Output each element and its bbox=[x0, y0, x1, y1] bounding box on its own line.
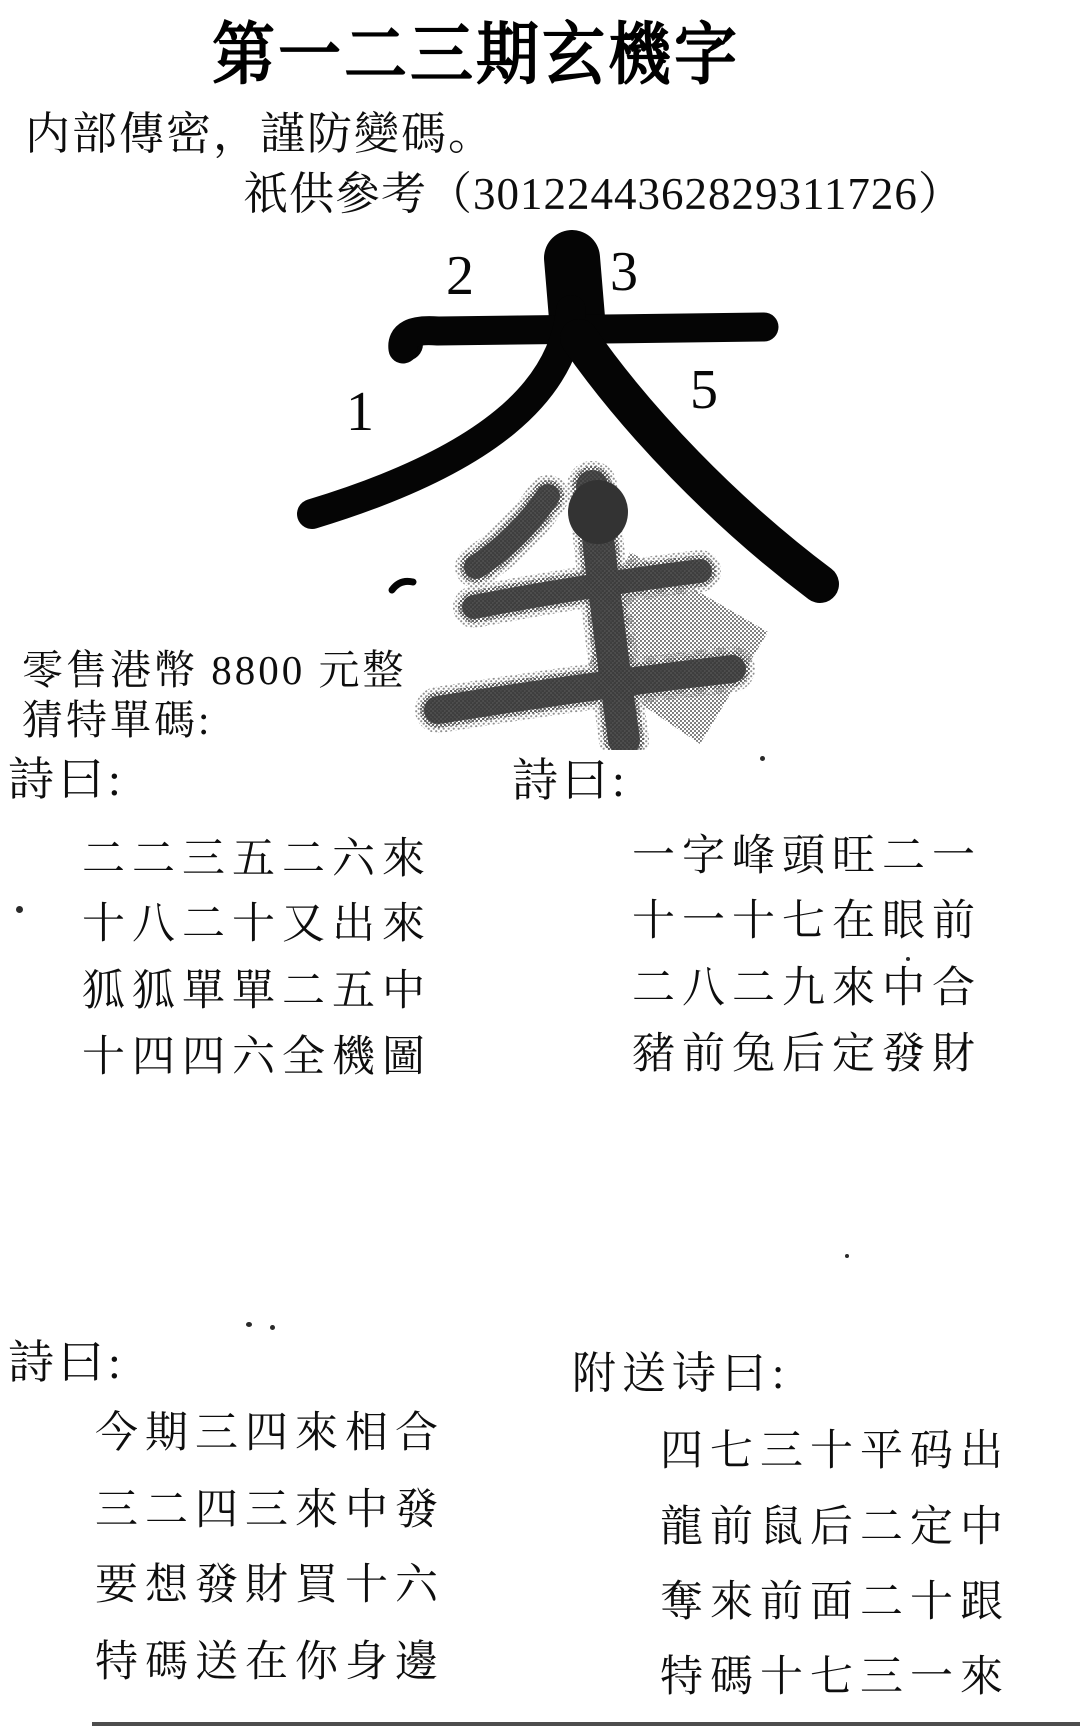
poem-line: 三二四三來中發 bbox=[95, 1489, 445, 1532]
poem-line: 要想發財買十六 bbox=[95, 1564, 445, 1607]
scan-edge-line bbox=[92, 1722, 1080, 1726]
stroke-label-1: 1 bbox=[346, 384, 374, 440]
poem-line: 二八二九來中合 bbox=[632, 967, 982, 1010]
poem-line: 特碼送在你身邊 bbox=[95, 1641, 445, 1684]
poem-line: 十四四六全機圖 bbox=[82, 1036, 432, 1079]
poem-line: 豬前兔后定發財 bbox=[632, 1033, 982, 1076]
stroke-label-2: 2 bbox=[446, 248, 474, 304]
poem-header-top-left: 詩曰: bbox=[8, 757, 125, 803]
guess-special-line: 猜特單碼: bbox=[22, 700, 212, 741]
price-line: 零售港幣 8800 元整 bbox=[22, 650, 407, 691]
poem-line: 狐狐單單二五中 bbox=[82, 970, 432, 1013]
poem-line: 十八二十又出來 bbox=[82, 903, 432, 946]
scan-speck bbox=[906, 957, 910, 961]
scan-speck bbox=[16, 906, 23, 913]
stroke-label-3: 3 bbox=[610, 244, 638, 300]
page-title: 第一二三期玄機字 bbox=[212, 22, 740, 90]
scan-speck bbox=[845, 1254, 849, 1258]
tick-mark bbox=[392, 581, 413, 590]
notice-line: 内部傳密，謹防變碼。 bbox=[25, 112, 495, 157]
stroke-label-5: 5 bbox=[690, 362, 718, 418]
poem-line: 四七三十平码出 bbox=[660, 1430, 1010, 1473]
poem-line: 奪來前面二十跟 bbox=[660, 1581, 1010, 1624]
poem-line: 十一十七在眼前 bbox=[632, 900, 982, 943]
scan-speck bbox=[760, 756, 765, 761]
poem-line: 龍前鼠后二定中 bbox=[660, 1506, 1010, 1549]
poem-line: 二二三五二六來 bbox=[82, 838, 432, 881]
scan-speck bbox=[270, 1325, 275, 1330]
poem-line: 今期三四來相合 bbox=[95, 1412, 445, 1455]
reference-line: 祇供參考（3012244362829311726） bbox=[243, 172, 964, 217]
main-character-da bbox=[312, 258, 820, 590]
poem-header-bottom-left: 詩曰: bbox=[8, 1340, 125, 1386]
poem-line: 一字峰頭旺二一 bbox=[632, 835, 982, 878]
poem-header-bottom-right: 附送诗曰: bbox=[572, 1352, 790, 1396]
poem-line: 特碼十七三一來 bbox=[660, 1656, 1010, 1699]
poem-header-top-right: 詩曰: bbox=[512, 758, 629, 804]
scanned-lottery-sheet: 第一二三期玄機字 内部傳密，謹防變碼。 祇供參考（301224436282931… bbox=[0, 0, 1080, 1726]
scan-speck bbox=[246, 1322, 252, 1327]
